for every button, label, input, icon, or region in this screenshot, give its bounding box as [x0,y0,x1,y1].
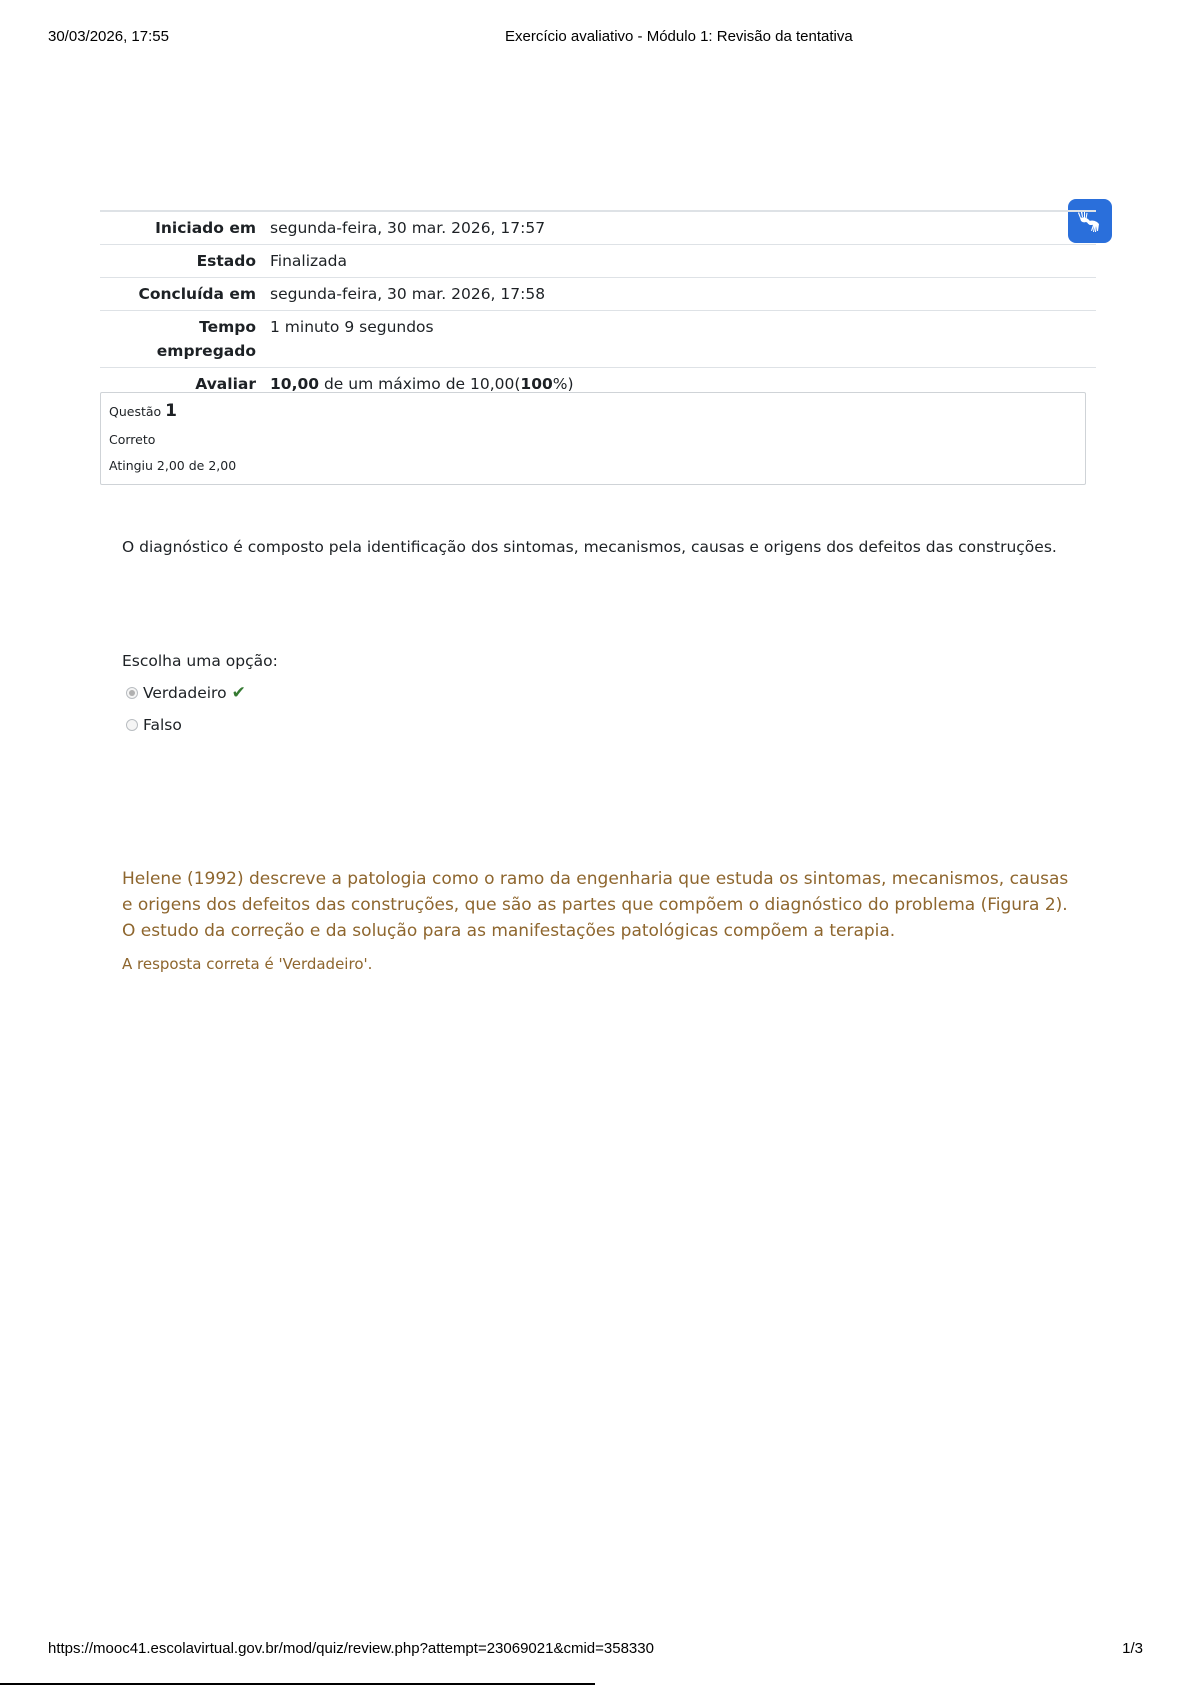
question-mark: Atingiu 2,00 de 2,00 [109,458,1077,473]
summary-row-time-taken: Tempo empregado 1 minuto 9 segundos [100,311,1096,368]
grade-score: 10,00 [270,375,319,393]
radio-false[interactable] [126,719,138,731]
print-footer-url: https://mooc41.escolavirtual.gov.br/mod/… [48,1640,654,1657]
summary-value: Finalizada [264,245,1096,278]
summary-label: Iniciado em [100,211,264,245]
grade-middle: de um máximo de 10,00( [319,375,520,393]
answer-prompt: Escolha uma opção: [122,652,278,670]
summary-row-state: Estado Finalizada [100,245,1096,278]
grade-percent: 100 [520,375,552,393]
question-prefix: Questão [109,404,161,419]
summary-label: Concluída em [100,278,264,311]
print-header-title: Exercício avaliativo - Módulo 1: Revisão… [505,28,853,45]
general-feedback: Helene (1992) descreve a patologia como … [122,866,1072,944]
print-footer-page: 1/3 [1122,1640,1143,1657]
question-text: O diagnóstico é composto pela identifica… [122,538,1057,556]
radio-true[interactable] [126,687,138,699]
option-label: Verdadeiro [143,684,227,702]
print-header-datetime: 30/03/2026, 17:55 [48,28,169,45]
question-info-box: Questão 1 Correto Atingiu 2,00 de 2,00 [100,392,1086,485]
option-label: Falso [143,716,182,734]
summary-value: segunda-feira, 30 mar. 2026, 17:58 [264,278,1096,311]
summary-value: 1 minuto 9 segundos [264,311,1096,368]
summary-label: Tempo empregado [100,311,264,368]
option-false[interactable]: Falso [126,716,182,734]
grade-suffix: %) [553,375,574,393]
option-true[interactable]: Verdadeiro ✔ [126,683,246,703]
question-number: 1 [165,401,177,421]
summary-row-started: Iniciado em segunda-feira, 30 mar. 2026,… [100,211,1096,245]
summary-label: Estado [100,245,264,278]
question-state: Correto [109,432,1077,447]
summary-row-completed: Concluída em segunda-feira, 30 mar. 2026… [100,278,1096,311]
summary-value: segunda-feira, 30 mar. 2026, 17:57 [264,211,1096,245]
right-answer: A resposta correta é 'Verdadeiro'. [122,955,372,973]
attempt-summary-table: Iniciado em segunda-feira, 30 mar. 2026,… [100,210,1096,400]
correct-check-icon: ✔ [232,683,246,703]
